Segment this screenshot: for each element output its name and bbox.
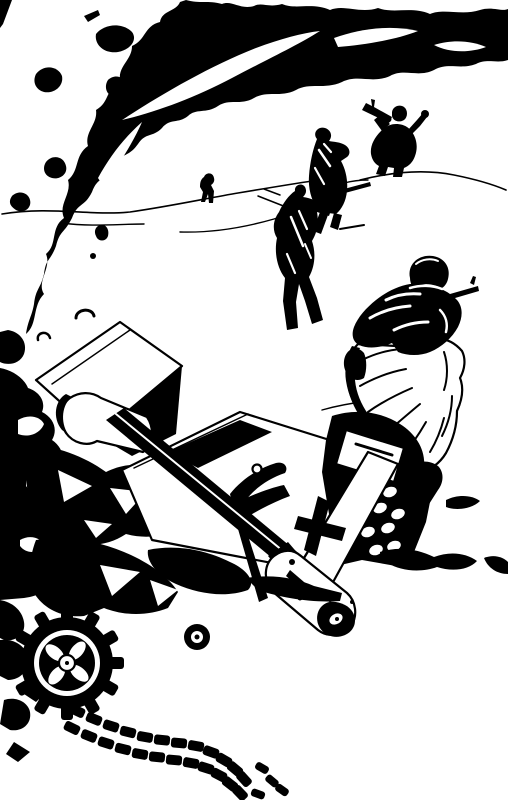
- track-link: [171, 737, 188, 748]
- lever-bolt: [253, 465, 262, 474]
- roller-pin: [195, 635, 200, 640]
- shadow-dot: [350, 600, 354, 604]
- muzzle-bore: [335, 617, 339, 621]
- illustration-canvas: Winter battle scene: soldiers flee past …: [0, 0, 508, 800]
- left-hand: [385, 116, 392, 123]
- battle-illustration: Winter battle scene: soldiers flee past …: [0, 0, 508, 800]
- track-link: [166, 754, 183, 765]
- head: [392, 106, 407, 122]
- track-link: [149, 751, 166, 763]
- sprocket-hub-pin: [65, 661, 69, 665]
- shadow-dot: [328, 598, 332, 602]
- shadow-dot: [298, 596, 303, 601]
- track-link: [154, 734, 171, 746]
- muzzle-port: [289, 559, 295, 565]
- right-hand: [421, 110, 429, 118]
- smoke-puff: [90, 253, 96, 259]
